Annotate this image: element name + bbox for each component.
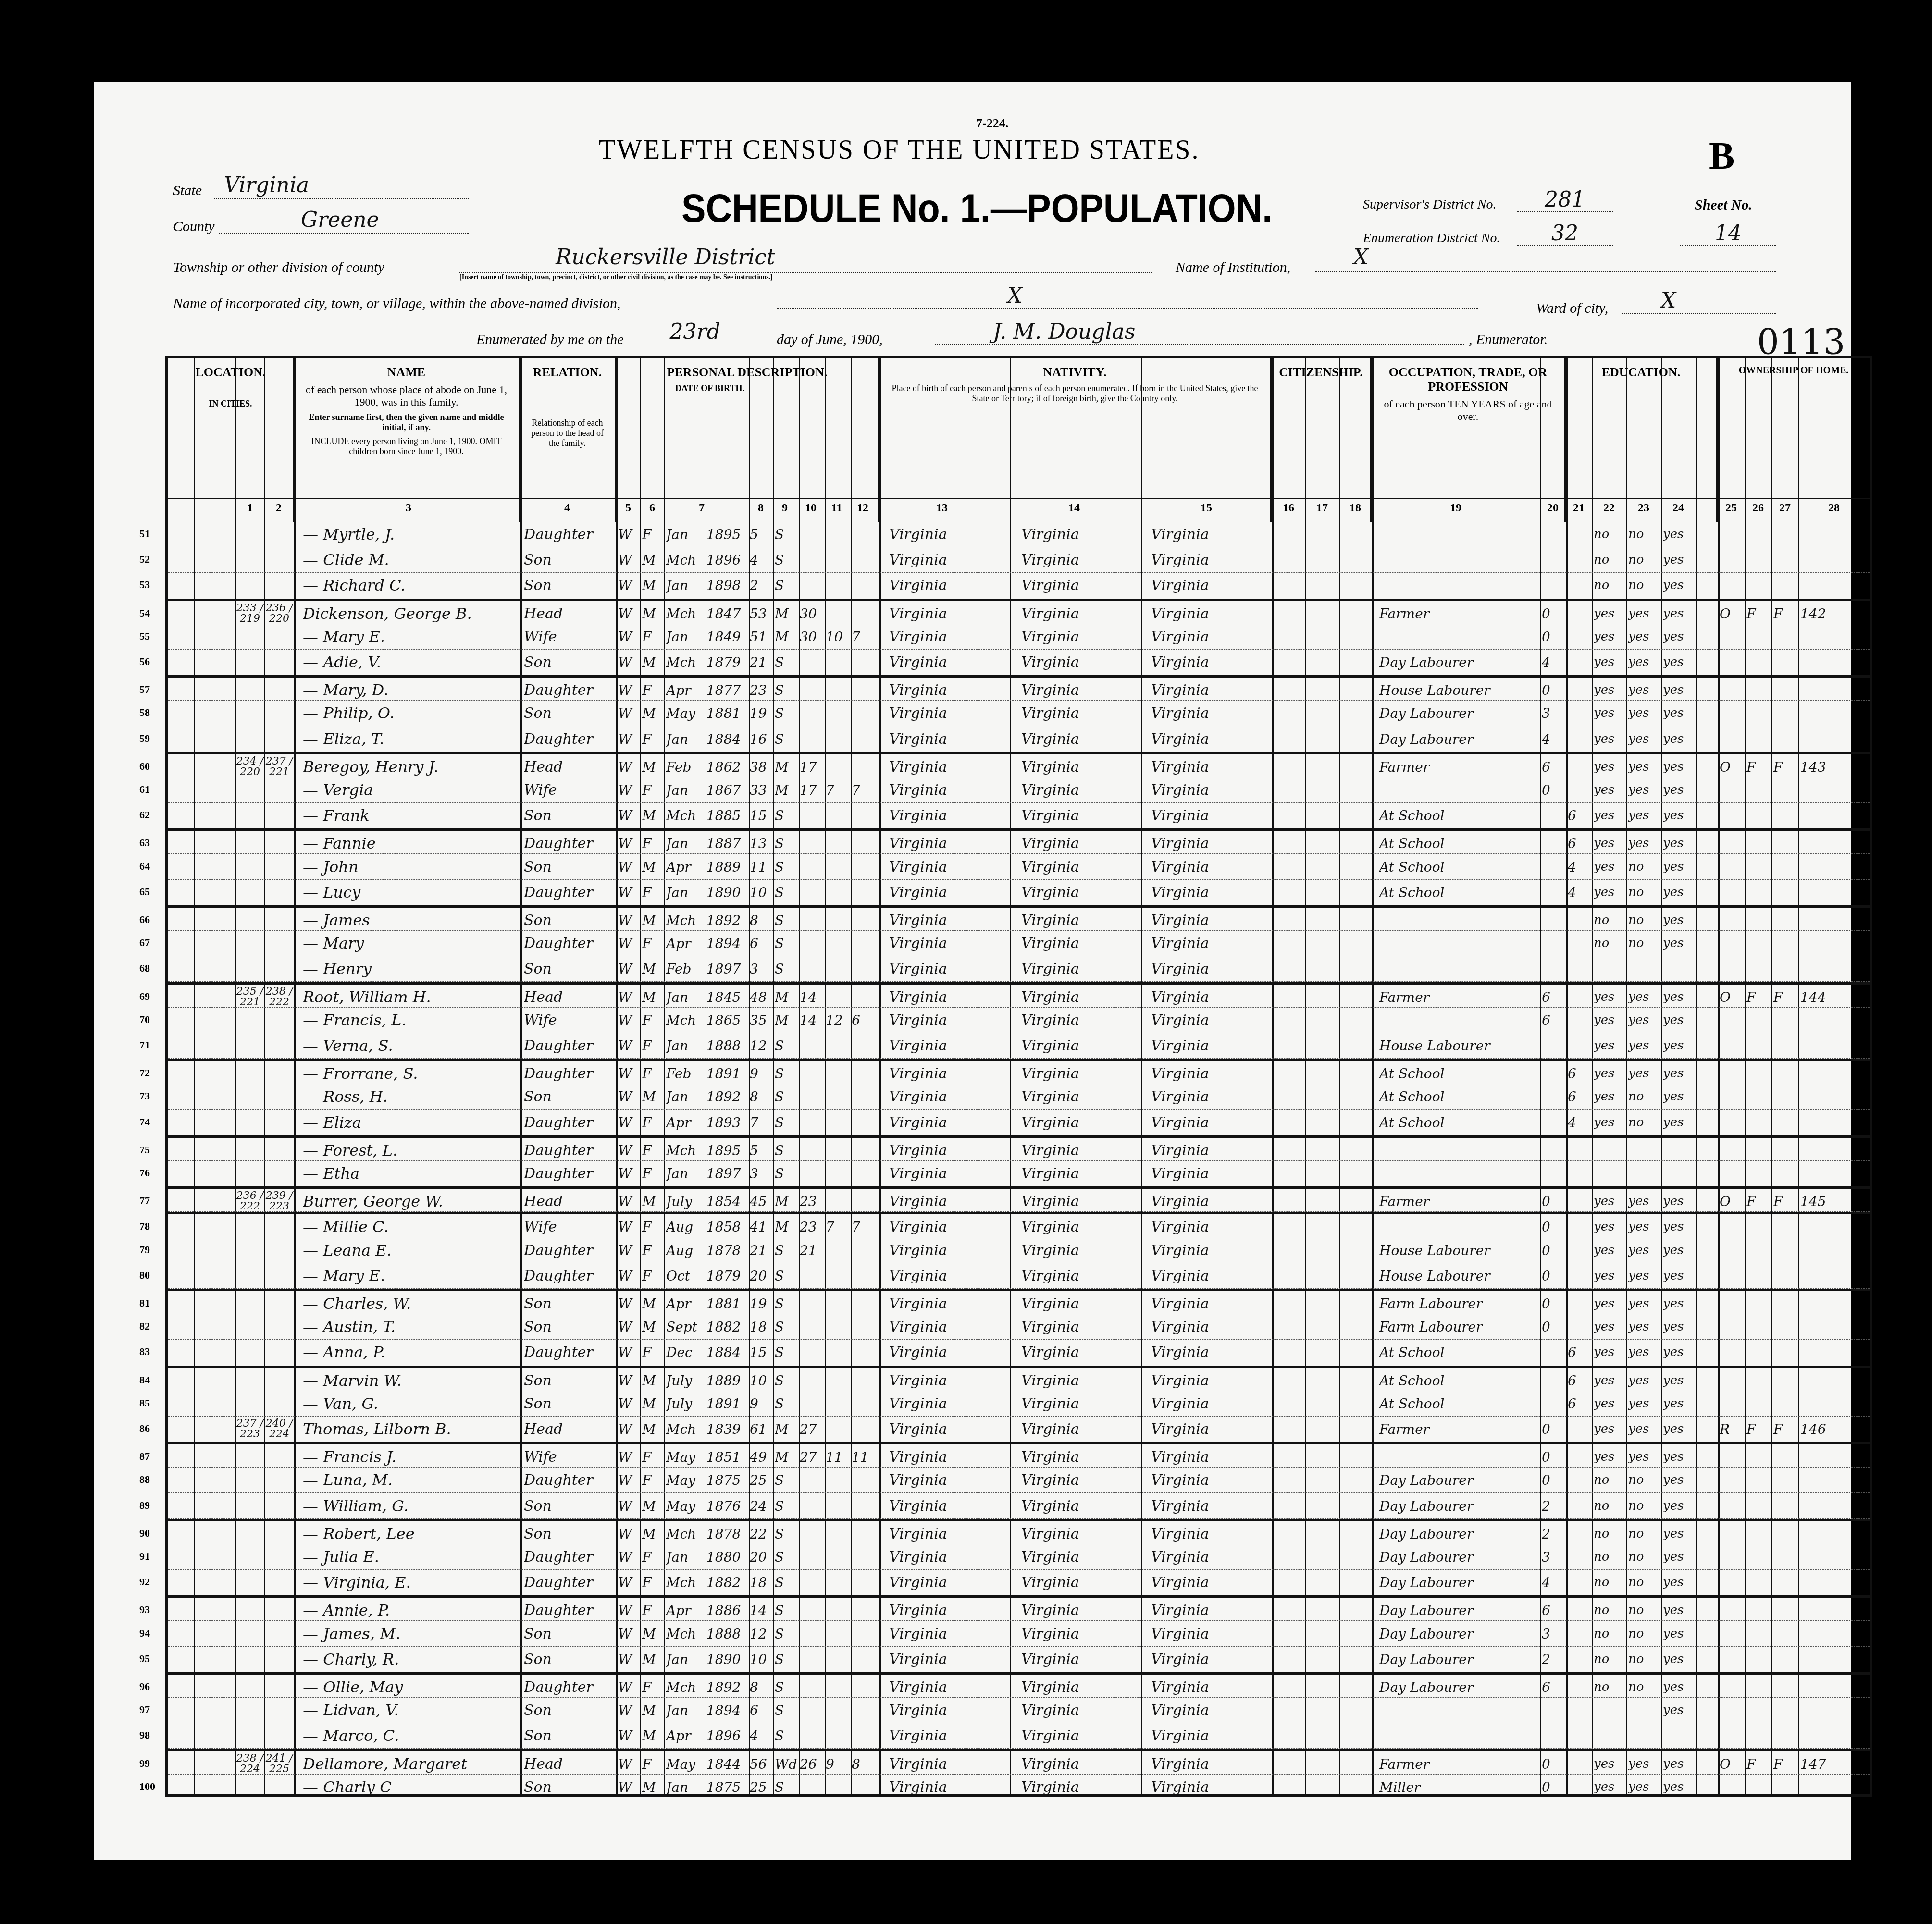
cell-can-speak-english: yes xyxy=(1663,933,1695,954)
cell-farm-or-house xyxy=(1773,626,1797,648)
cell-mother-of-children: 7 xyxy=(826,1216,850,1238)
cell-name: — Ollie, May xyxy=(303,1677,519,1698)
line-number: 52 xyxy=(139,553,150,566)
cell-can-speak-english: yes xyxy=(1663,603,1695,625)
cell-birthplace-person: Virginia xyxy=(889,1446,1009,1468)
cell-months-not-employed xyxy=(1542,1140,1565,1161)
cell-years-married xyxy=(800,833,824,854)
cell-owned-or-rented xyxy=(1720,1446,1744,1468)
cell-marital-status: S xyxy=(775,1086,798,1108)
cell-name: — Richard C. xyxy=(303,575,519,596)
cell-family-number xyxy=(264,1700,294,1721)
enumerator-name: J. M. Douglas xyxy=(935,320,1464,345)
cell-dwelling-number xyxy=(235,524,264,545)
cell-free-or-mortgaged xyxy=(1746,958,1771,980)
cell-birthplace-father: Virginia xyxy=(1021,626,1139,648)
cell-name: — Frank xyxy=(303,805,519,826)
cell-sex: M xyxy=(642,1523,664,1545)
cell-children-living xyxy=(852,1163,879,1184)
cell-occupation xyxy=(1379,575,1538,596)
cell-can-read: yes xyxy=(1594,1265,1625,1287)
line-number-right: 77 xyxy=(1877,1195,1888,1207)
line-number: 93 xyxy=(139,1603,150,1616)
cell-years-married xyxy=(800,805,824,826)
colnum-11: 11 xyxy=(825,502,849,515)
cell-free-or-mortgaged xyxy=(1746,1776,1771,1798)
cell-name: — Adie, V. xyxy=(303,652,519,673)
cell-owned-or-rented xyxy=(1720,910,1744,931)
cell-race: W xyxy=(618,703,640,724)
table-row: 6464— JohnSonWMApr188911SVirginiaVirgini… xyxy=(168,854,1870,880)
cell-birthplace-mother: Virginia xyxy=(1151,987,1269,1008)
cell-race: W xyxy=(618,958,640,980)
cell-children-living xyxy=(852,1316,879,1338)
cell-can-read: yes xyxy=(1594,756,1625,778)
line-number-right: 52 xyxy=(1877,553,1888,566)
cell-family-number xyxy=(264,1370,294,1392)
cell-owned-or-rented xyxy=(1720,1469,1744,1491)
cell-school-months xyxy=(1568,1600,1591,1621)
cell-can-write: yes xyxy=(1628,1753,1660,1775)
line-number: 66 xyxy=(139,913,150,926)
cell-birthplace-person: Virginia xyxy=(889,1293,1009,1315)
cell-can-speak-english: yes xyxy=(1663,575,1695,596)
table-row: 6161— VergiaWifeWFJan186733M1777Virginia… xyxy=(168,777,1870,803)
cell-birthplace-father: Virginia xyxy=(1021,1753,1139,1775)
cell-sex: M xyxy=(642,603,664,625)
cell-birth-month: Jan xyxy=(666,1649,705,1670)
cell-family-number xyxy=(264,958,294,980)
colnum-19: 19 xyxy=(1372,502,1540,515)
cell-can-read: yes xyxy=(1594,1240,1625,1261)
cell-years-married: 26 xyxy=(800,1753,824,1775)
township-note: [Insert name of township, town, precinct… xyxy=(459,274,773,282)
line-number-right: 82 xyxy=(1877,1320,1888,1332)
table-row: 8585— Van, G.SonWMJuly18919SVirginiaVirg… xyxy=(168,1391,1870,1417)
table-row: 5151— Myrtle, J.DaughterWFJan18955SVirgi… xyxy=(168,522,1870,547)
cell-dwelling-number: 234 / 220 xyxy=(235,756,264,778)
cell-months-not-employed: 0 xyxy=(1542,626,1565,648)
cell-name: — Robert, Lee xyxy=(303,1523,519,1545)
cell-children-living xyxy=(852,703,879,724)
cell-race: W xyxy=(618,1393,640,1415)
cell-name: — Francis, L. xyxy=(303,1010,519,1031)
cell-birthplace-father: Virginia xyxy=(1021,933,1139,954)
cell-school-months xyxy=(1568,1572,1591,1593)
table-row: 6666— JamesSonWMMch18928SVirginiaVirgini… xyxy=(168,905,1870,931)
cell-name: — Virginia, E. xyxy=(303,1572,519,1593)
cell-birthplace-father: Virginia xyxy=(1021,958,1139,980)
cell-can-speak-english: yes xyxy=(1663,549,1695,571)
cell-years-married: 30 xyxy=(800,603,824,625)
cell-relation: Wife xyxy=(524,1446,615,1468)
cell-birth-month: May xyxy=(666,1469,705,1491)
cell-name: — Fannie xyxy=(303,833,519,854)
colnum-17: 17 xyxy=(1305,502,1339,515)
cell-birthplace-father: Virginia xyxy=(1021,703,1139,724)
cell-farm-schedule-number xyxy=(1800,1523,1868,1545)
cell-birth-year: 1879 xyxy=(706,652,748,673)
cell-farm-or-house xyxy=(1773,728,1797,750)
cell-occupation: Day Labourer xyxy=(1379,1495,1538,1517)
cell-birthplace-person: Virginia xyxy=(889,1063,1009,1085)
cell-mother-of-children xyxy=(826,1035,850,1057)
cell-school-months xyxy=(1568,703,1591,724)
cell-relation: Daughter xyxy=(524,1342,615,1363)
cell-mother-of-children xyxy=(826,1112,850,1134)
table-row: 8686237 / 223240 / 224Thomas, Lilborn B.… xyxy=(168,1417,1870,1442)
cell-birthplace-mother: Virginia xyxy=(1151,524,1269,545)
cell-family-number xyxy=(264,1265,294,1287)
cell-months-not-employed xyxy=(1542,1700,1565,1721)
cell-marital-status: S xyxy=(775,1140,798,1161)
cell-years-married xyxy=(800,856,824,878)
colnum-13: 13 xyxy=(889,502,995,515)
cell-months-not-employed: 0 xyxy=(1542,1446,1565,1468)
cell-mother-of-children xyxy=(826,575,850,596)
cell-months-not-employed: 6 xyxy=(1542,1010,1565,1031)
cell-name: Beregoy, Henry J. xyxy=(303,756,519,778)
cell-can-speak-english: yes xyxy=(1663,1010,1695,1031)
cell-dwelling-number xyxy=(235,1316,264,1338)
cell-dwelling-number xyxy=(235,1216,264,1238)
cell-age: 11 xyxy=(750,856,773,878)
cell-mother-of-children xyxy=(826,1572,850,1593)
cell-name: — Clide M. xyxy=(303,549,519,571)
cell-marital-status: M xyxy=(775,626,798,648)
cell-can-read: no xyxy=(1594,1523,1625,1545)
cell-farm-or-house xyxy=(1773,1523,1797,1545)
cell-years-married xyxy=(800,933,824,954)
cell-farm-schedule-number xyxy=(1800,1370,1868,1392)
cell-birth-month: Jan xyxy=(666,1700,705,1721)
cell-birthplace-mother: Virginia xyxy=(1151,756,1269,778)
line-number: 95 xyxy=(139,1653,150,1665)
cell-birth-month: May xyxy=(666,703,705,724)
line-number-right: 70 xyxy=(1877,1013,1888,1026)
cell-family-number xyxy=(264,626,294,648)
cell-children-living xyxy=(852,1035,879,1057)
cell-dwelling-number xyxy=(235,856,264,878)
cell-age: 2 xyxy=(750,575,773,596)
cell-relation: Son xyxy=(524,1700,615,1721)
colnum-3: 3 xyxy=(394,502,423,515)
cell-race: W xyxy=(618,1035,640,1057)
cell-years-married xyxy=(800,703,824,724)
cell-farm-or-house xyxy=(1773,1446,1797,1468)
cell-sex: F xyxy=(642,728,664,750)
cell-years-married: 17 xyxy=(800,756,824,778)
cell-farm-schedule-number xyxy=(1800,1393,1868,1415)
line-number: 84 xyxy=(139,1374,150,1386)
cell-months-not-employed xyxy=(1542,856,1565,878)
cell-dwelling-number xyxy=(235,1393,264,1415)
cell-sex: F xyxy=(642,1342,664,1363)
cell-can-write: no xyxy=(1628,933,1660,954)
cell-race: W xyxy=(618,1600,640,1621)
cell-birthplace-person: Virginia xyxy=(889,805,1009,826)
cell-months-not-employed: 0 xyxy=(1542,1216,1565,1238)
cell-birth-year: 1858 xyxy=(706,1216,748,1238)
cell-years-married xyxy=(800,1725,824,1747)
cell-birth-year: 1880 xyxy=(706,1546,748,1568)
colnum-26: 26 xyxy=(1745,502,1771,515)
line-number-right: 100 xyxy=(1877,1780,1893,1793)
cell-owned-or-rented: R xyxy=(1720,1418,1744,1440)
cell-birthplace-mother: Virginia xyxy=(1151,1725,1269,1747)
cell-can-speak-english: yes xyxy=(1663,1240,1695,1261)
cell-birthplace-mother: Virginia xyxy=(1151,1523,1269,1545)
cell-marital-status: S xyxy=(775,933,798,954)
cell-age: 49 xyxy=(750,1446,773,1468)
table-row: 6969235 / 221238 / 222Root, William H.He… xyxy=(168,982,1870,1008)
cell-can-write: yes xyxy=(1628,1316,1660,1338)
cell-birth-year: 1879 xyxy=(706,1265,748,1287)
cell-race: W xyxy=(618,575,640,596)
cell-free-or-mortgaged xyxy=(1746,805,1771,826)
cell-marital-status: S xyxy=(775,1677,798,1698)
table-row: 9393— Annie, P.DaughterWFApr188614SVirgi… xyxy=(168,1595,1870,1621)
colnum-4: 4 xyxy=(553,502,582,515)
cell-marital-status: S xyxy=(775,652,798,673)
cell-school-months xyxy=(1568,933,1591,954)
cell-can-write: yes xyxy=(1628,626,1660,648)
line-number-right: 88 xyxy=(1877,1473,1888,1486)
cell-birthplace-father: Virginia xyxy=(1021,1216,1139,1238)
cell-mother-of-children xyxy=(826,1086,850,1108)
cell-family-number xyxy=(264,856,294,878)
cell-birthplace-mother: Virginia xyxy=(1151,1546,1269,1568)
cell-children-living xyxy=(852,1293,879,1315)
cell-race: W xyxy=(618,1649,640,1670)
cell-dwelling-number xyxy=(235,1086,264,1108)
cell-can-speak-english: yes xyxy=(1663,1265,1695,1287)
column-number-divider xyxy=(168,498,1870,499)
cell-can-speak-english: yes xyxy=(1663,987,1695,1008)
cell-can-read: yes xyxy=(1594,679,1625,701)
cell-occupation xyxy=(1379,1700,1538,1721)
cell-marital-status: S xyxy=(775,833,798,854)
cell-occupation: Farmer xyxy=(1379,987,1538,1008)
cell-can-write: no xyxy=(1628,1649,1660,1670)
sheet-letter: B xyxy=(1709,135,1734,178)
cell-sex: M xyxy=(642,1086,664,1108)
enumerator-label: , Enumerator. xyxy=(1469,332,1548,348)
cell-months-not-employed: 0 xyxy=(1542,1418,1565,1440)
cell-occupation: Farmer xyxy=(1379,1753,1538,1775)
cell-dwelling-number xyxy=(235,1600,264,1621)
cell-birthplace-mother: Virginia xyxy=(1151,1086,1269,1108)
cell-farm-or-house xyxy=(1773,1216,1797,1238)
colnum-22: 22 xyxy=(1592,502,1626,515)
county-value: Greene xyxy=(301,208,379,232)
line-number: 92 xyxy=(139,1576,150,1588)
cell-birthplace-mother: Virginia xyxy=(1151,910,1269,931)
cell-birthplace-person: Virginia xyxy=(889,1700,1009,1721)
cell-free-or-mortgaged xyxy=(1746,1342,1771,1363)
cell-months-not-employed xyxy=(1542,1725,1565,1747)
cell-farm-schedule-number xyxy=(1800,1240,1868,1261)
line-number-right: 61 xyxy=(1877,783,1888,796)
cell-race: W xyxy=(618,1469,640,1491)
cell-years-married xyxy=(800,1776,824,1798)
cell-occupation: Day Labourer xyxy=(1379,728,1538,750)
cell-birth-month: Jan xyxy=(666,779,705,801)
line-number-right: 71 xyxy=(1877,1039,1888,1051)
cell-family-number xyxy=(264,1446,294,1468)
table-row: 8282— Austin, T.SonWMSept188218SVirginia… xyxy=(168,1314,1870,1340)
cell-dwelling-number xyxy=(235,1572,264,1593)
cell-can-write: yes xyxy=(1628,833,1660,854)
cell-birthplace-mother: Virginia xyxy=(1151,1418,1269,1440)
cell-sex: F xyxy=(642,1010,664,1031)
cell-family-number xyxy=(264,1240,294,1261)
cell-farm-or-house xyxy=(1773,524,1797,545)
cell-months-not-employed: 6 xyxy=(1542,1677,1565,1698)
cell-birth-month: Jan xyxy=(666,1163,705,1184)
cell-farm-schedule-number xyxy=(1800,1216,1868,1238)
cell-birth-month: Jan xyxy=(666,1035,705,1057)
cell-farm-schedule-number xyxy=(1800,1725,1868,1747)
cell-years-married: 30 xyxy=(800,626,824,648)
line-number-right: 65 xyxy=(1877,886,1888,898)
cell-race: W xyxy=(618,1010,640,1031)
group-nativity: NATIVITY. Place of birth of each person … xyxy=(879,358,1272,522)
cell-birthplace-father: Virginia xyxy=(1021,1163,1139,1184)
cell-birth-month: Dec xyxy=(666,1342,705,1363)
cell-mother-of-children xyxy=(826,1370,850,1392)
institution-label: Name of Institution, xyxy=(1176,259,1290,276)
line-number-right: 51 xyxy=(1877,528,1888,540)
cell-months-not-employed: 0 xyxy=(1542,1469,1565,1491)
cell-children-living: 11 xyxy=(852,1446,879,1468)
cell-free-or-mortgaged: F xyxy=(1746,1753,1771,1775)
table-row: 7575— Forest, L.DaughterWFMch18955SVirgi… xyxy=(168,1135,1870,1161)
cell-occupation: Day Labourer xyxy=(1379,1572,1538,1593)
line-number-right: 89 xyxy=(1877,1499,1888,1512)
cell-name: Dellamore, Margaret xyxy=(303,1753,519,1775)
cell-relation: Son xyxy=(524,1370,615,1392)
cell-sex: M xyxy=(642,1191,664,1212)
cell-age: 6 xyxy=(750,1700,773,1721)
state-label: State xyxy=(173,183,202,199)
cell-marital-status: S xyxy=(775,1523,798,1545)
cell-birthplace-father: Virginia xyxy=(1021,1063,1139,1085)
cell-sex: M xyxy=(642,1776,664,1798)
cell-birthplace-father: Virginia xyxy=(1021,1086,1139,1108)
cell-free-or-mortgaged xyxy=(1746,1112,1771,1134)
cell-sex: F xyxy=(642,1600,664,1621)
line-number: 100 xyxy=(139,1780,155,1793)
cell-dwelling-number: 235 / 221 xyxy=(235,987,264,1008)
cell-can-read: yes xyxy=(1594,1342,1625,1363)
cell-months-not-employed xyxy=(1542,1370,1565,1392)
cell-can-speak-english: yes xyxy=(1663,1677,1695,1698)
cell-family-number xyxy=(264,728,294,750)
cell-children-living xyxy=(852,1572,879,1593)
line-number: 85 xyxy=(139,1397,150,1409)
cell-sex: M xyxy=(642,1316,664,1338)
cell-children-living xyxy=(852,1393,879,1415)
cell-birth-month: Mch xyxy=(666,910,705,931)
cell-can-write: no xyxy=(1628,1546,1660,1568)
cell-marital-status: S xyxy=(775,958,798,980)
cell-age: 12 xyxy=(750,1035,773,1057)
cell-mother-of-children: 11 xyxy=(826,1446,850,1468)
cell-years-married xyxy=(800,1523,824,1545)
cell-owned-or-rented xyxy=(1720,958,1744,980)
cell-children-living xyxy=(852,1649,879,1670)
cell-can-write: yes xyxy=(1628,1418,1660,1440)
cell-dwelling-number xyxy=(235,1446,264,1468)
cell-years-married xyxy=(800,1265,824,1287)
cell-birth-year: 1894 xyxy=(706,933,748,954)
cell-relation: Son xyxy=(524,958,615,980)
colnum-12: 12 xyxy=(851,502,875,515)
group-name: NAME of each person whose place of abode… xyxy=(294,358,520,522)
table-row: 9090— Robert, LeeSonWMMch187822SVirginia… xyxy=(168,1519,1870,1544)
cell-name: Dickenson, George B. xyxy=(303,603,519,625)
cell-family-number xyxy=(264,1523,294,1545)
cell-can-write xyxy=(1628,1163,1660,1184)
cell-birthplace-father: Virginia xyxy=(1021,1393,1139,1415)
cell-birth-year: 1884 xyxy=(706,728,748,750)
cell-dwelling-number xyxy=(235,805,264,826)
colnum-1: 1 xyxy=(235,502,264,515)
cell-birthplace-father: Virginia xyxy=(1021,549,1139,571)
cell-can-speak-english xyxy=(1663,1163,1695,1184)
table-row: 7979— Leana E.DaughterWFAug187821S21Virg… xyxy=(168,1238,1870,1263)
cell-mother-of-children: 7 xyxy=(826,779,850,801)
cell-family-number xyxy=(264,1546,294,1568)
line-number: 68 xyxy=(139,962,150,974)
cell-children-living xyxy=(852,679,879,701)
cell-birthplace-person: Virginia xyxy=(889,1342,1009,1363)
cell-name: — John xyxy=(303,856,519,878)
cell-age: 9 xyxy=(750,1393,773,1415)
cell-dwelling-number: 238 / 224 xyxy=(235,1753,264,1775)
cell-name: — Marvin W. xyxy=(303,1370,519,1392)
cell-birthplace-father: Virginia xyxy=(1021,1240,1139,1261)
cell-dwelling-number xyxy=(235,1649,264,1670)
cell-mother-of-children xyxy=(826,1623,850,1645)
cell-can-read: yes xyxy=(1594,1191,1625,1212)
county-label: County xyxy=(173,219,215,235)
cell-years-married xyxy=(800,1623,824,1645)
cell-birthplace-mother: Virginia xyxy=(1151,1265,1269,1287)
cell-sex: F xyxy=(642,1469,664,1491)
cell-occupation: At School xyxy=(1379,856,1538,878)
line-number: 59 xyxy=(139,732,150,745)
cell-years-married xyxy=(800,1370,824,1392)
cell-can-speak-english: yes xyxy=(1663,856,1695,878)
cell-relation: Head xyxy=(524,756,615,778)
cell-birth-month: Apr xyxy=(666,1600,705,1621)
cell-years-married xyxy=(800,728,824,750)
line-number: 81 xyxy=(139,1297,150,1309)
line-number-right: 72 xyxy=(1877,1067,1888,1079)
cell-children-living xyxy=(852,1086,879,1108)
cell-months-not-employed xyxy=(1542,575,1565,596)
table-row: 9292— Virginia, E.DaughterWFMch188218SVi… xyxy=(168,1570,1870,1595)
cell-relation: Wife xyxy=(524,779,615,801)
cell-free-or-mortgaged xyxy=(1746,1240,1771,1261)
cell-family-number: 240 / 224 xyxy=(264,1418,294,1440)
cell-years-married: 23 xyxy=(800,1191,824,1212)
cell-dwelling-number xyxy=(235,679,264,701)
cell-sex: F xyxy=(642,1677,664,1698)
cell-family-number xyxy=(264,1342,294,1363)
